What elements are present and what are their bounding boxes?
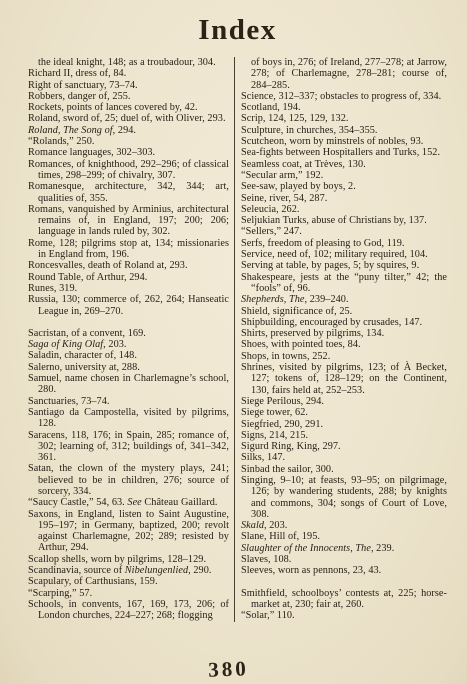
index-entry: Signs, 214, 215.	[241, 430, 447, 441]
index-entry: “Saucy Castle,” 54, 63. See Château Gail…	[28, 497, 229, 508]
index-entry: of boys in, 276; of Ireland, 277–278; at…	[241, 57, 447, 91]
index-entry: Saxons, in England, listen to Saint Augu…	[28, 509, 229, 554]
index-entry: Scrip, 124, 125, 129, 132.	[241, 113, 447, 124]
index-entry: Slaves, 108.	[241, 554, 447, 565]
index-entry: Seleucia, 262.	[241, 204, 447, 215]
index-entry: Roland, sword of, 25; duel of, with Oliv…	[28, 113, 229, 124]
index-entry: Seamless coat, at Trèves, 130.	[241, 159, 447, 170]
index-entry: Saga of King Olaf, 203.	[28, 339, 229, 350]
index-entry: Saladin, character of, 148.	[28, 350, 229, 361]
index-entry: the ideal knight, 148; as a troubadour, …	[28, 57, 229, 68]
index-entry: Shakespeare, jests at the “puny tilter,”…	[241, 272, 447, 295]
index-entry: Robbers, danger of, 255.	[28, 91, 229, 102]
index-entry: Siege tower, 62.	[241, 407, 447, 418]
index-entry: Slaughter of the Innocents, The, 239.	[241, 543, 447, 554]
index-entry: Sanctuaries, 73–74.	[28, 396, 229, 407]
index-entry: Roland, The Song of, 294.	[28, 125, 229, 136]
index-entry: Shipbuilding, encouraged by crusades, 14…	[241, 317, 447, 328]
index-entry: Scutcheon, worn by minstrels of nobles, …	[241, 136, 447, 147]
index-entry: Serfs, freedom of pleasing to God, 119.	[241, 238, 447, 249]
index-entry: “Solar,” 110.	[241, 610, 447, 621]
index-entry: Sea-fights between Hospitallers and Turk…	[241, 147, 447, 158]
index-entry: Scandinavia, source of Nibelungenlied, 2…	[28, 565, 229, 576]
page-number: 380	[0, 649, 462, 684]
index-entry: Sleeves, worn as pennons, 23, 43.	[241, 565, 447, 576]
index-column-right: of boys in, 276; of Ireland, 277–278; at…	[241, 57, 447, 622]
index-entry: Romanesque, architecture, 342, 344; art,…	[28, 181, 229, 204]
index-entry: Sculpture, in churches, 354–355.	[241, 125, 447, 136]
book-page: Index the ideal knight, 148; as a trouba…	[0, 0, 467, 684]
index-entry: Rome, 128; pilgrims stop at, 134; missio…	[28, 238, 229, 261]
index-entry: Romances, of knighthood, 292–296; of cla…	[28, 159, 229, 182]
index-entry: Samuel, name chosen in Charlemagne’s sch…	[28, 373, 229, 396]
index-entry: Saracens, 118, 176; in Spain, 285; roman…	[28, 430, 229, 464]
index-entry: See-saw, played by boys, 2.	[241, 181, 447, 192]
index-entry: Romans, vanquished by Arminius, architec…	[28, 204, 229, 238]
index-entry: Rockets, points of lances covered by, 42…	[28, 102, 229, 113]
index-entry: Schools, in convents, 167, 169, 173, 206…	[28, 599, 229, 622]
index-entry: Service, need of, 102; military required…	[241, 249, 447, 260]
index-entry: Seljukian Turks, abuse of Christians by,…	[241, 215, 447, 226]
index-entry: Shepherds, The, 239–240.	[241, 294, 447, 305]
index-entry: Smithfield, schoolboys’ contests at, 225…	[241, 588, 447, 611]
index-columns: the ideal knight, 148; as a troubadour, …	[28, 57, 447, 622]
index-entry: Sinbad the sailor, 300.	[241, 464, 447, 475]
index-entry: Shrines, visited by pilgrims, 123; of À …	[241, 362, 447, 396]
index-entry: Scotland, 194.	[241, 102, 447, 113]
index-entry: Seine, river, 54, 287.	[241, 193, 447, 204]
index-entry: Serving at table, by pages, 5; by squire…	[241, 260, 447, 271]
index-entry: Siege Perilous, 294.	[241, 396, 447, 407]
index-entry: Salerno, university at, 288.	[28, 362, 229, 373]
index-entry: Round Table, of Arthur, 294.	[28, 272, 229, 283]
index-entry: “Secular arm,” 192.	[241, 170, 447, 181]
index-entry: Santiago da Campostella, visited by pilg…	[28, 407, 229, 430]
index-entry: Satan, the clown of the mystery plays, 2…	[28, 463, 229, 497]
index-entry: Sacristan, of a convent, 169.	[28, 328, 229, 339]
index-entry: “Scarping,” 57.	[28, 588, 229, 599]
index-entry: Runes, 319.	[28, 283, 229, 294]
index-entry: Singing, 9–10; at feasts, 93–95; on pilg…	[241, 475, 447, 520]
index-entry: Russia, 130; commerce of, 262, 264; Hans…	[28, 294, 229, 317]
index-entry: Shops, in towns, 252.	[241, 351, 447, 362]
index-column-left: the ideal knight, 148; as a troubadour, …	[28, 57, 229, 622]
index-entry: Sigurd Ring, King, 297.	[241, 441, 447, 452]
index-entry: Roncesvalles, death of Roland at, 293.	[28, 260, 229, 271]
index-entry: Skald, 203.	[241, 520, 447, 531]
index-entry: Scapulary, of Carthusians, 159.	[28, 576, 229, 587]
index-entry: Slane, Hill of, 195.	[241, 531, 447, 542]
index-entry: Richard II, dress of, 84.	[28, 68, 229, 79]
index-entry: Siegfried, 290, 291.	[241, 419, 447, 430]
index-entry: Romance languages, 302–303.	[28, 147, 229, 158]
page-title: Index	[28, 14, 447, 47]
index-entry: Scallop shells, worn by pilgrims, 128–12…	[28, 554, 229, 565]
index-entry: Shoes, with pointed toes, 84.	[241, 339, 447, 350]
column-divider-rule	[234, 57, 235, 622]
index-entry: Shield, significance of, 25.	[241, 306, 447, 317]
index-entry: “Sellers,” 247.	[241, 226, 447, 237]
index-entry: Right of sanctuary, 73–74.	[28, 80, 229, 91]
index-entry: “Rolands,” 250.	[28, 136, 229, 147]
index-entry: Shirts, preserved by pilgrims, 134.	[241, 328, 447, 339]
index-entry: Silks, 147.	[241, 452, 447, 463]
index-entry: Science, 312–337; obstacles to progress …	[241, 91, 447, 102]
